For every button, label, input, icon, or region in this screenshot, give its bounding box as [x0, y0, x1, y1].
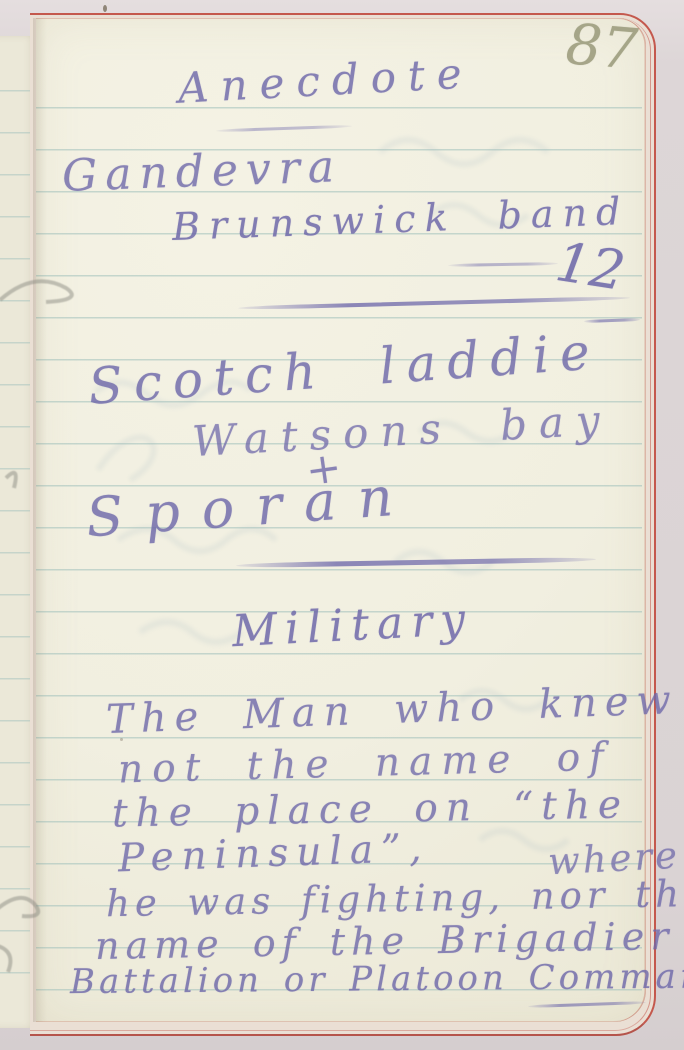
notebook-photo: 87 Anecdote Gandevra Brunswick band 12 S… [0, 0, 684, 1050]
paragraph-line-7: Battalion or Platoon Commander [70, 959, 684, 999]
paper-speck [120, 738, 123, 741]
page-number: 87 [564, 17, 640, 79]
paragraph-line-3: the place on “the [112, 785, 630, 833]
handwritten-number-12: 12 [552, 235, 628, 299]
binding-gutter [33, 18, 47, 1022]
handwritten-note-gandevra: Gandevra [61, 145, 342, 199]
handwritten-heading-military: Military [231, 598, 474, 655]
paper-speck [103, 5, 107, 12]
paragraph-line-4a: Peninsula”, [117, 829, 430, 879]
